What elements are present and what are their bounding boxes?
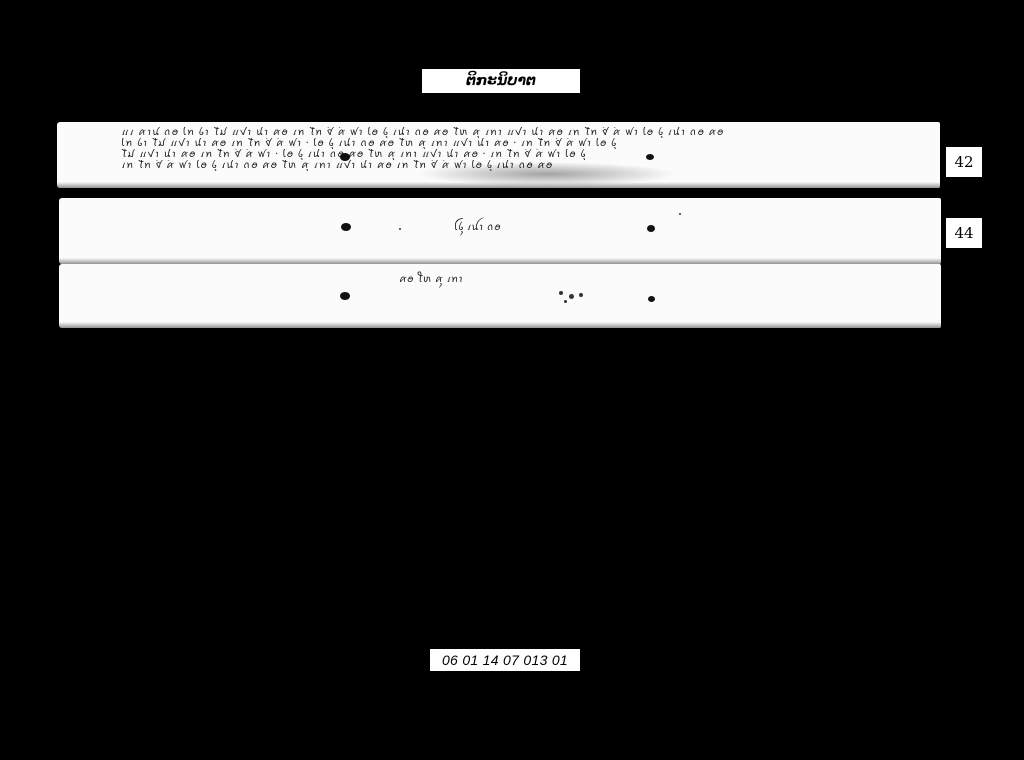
speck xyxy=(564,300,567,303)
string-hole-left xyxy=(340,153,350,161)
palm-leaf-3: ꪁꪮ ꪻꪬ ꪁꪴ ꪹꪀꪱ xyxy=(59,264,941,328)
palm-leaf-2: ꪶꪉꪴ ꪹꪊꪱ ꪒꪮ xyxy=(59,198,941,264)
string-hole-right xyxy=(648,296,655,302)
speck xyxy=(579,293,583,297)
leaf-edge-shadow xyxy=(57,182,940,188)
catalog-number-label: 06 01 14 07 013 01 xyxy=(430,649,580,671)
page-number-label: 44 xyxy=(946,218,982,248)
page-number: 44 xyxy=(954,224,973,242)
leaf-edge-shadow xyxy=(59,322,941,328)
page-number-label: 42 xyxy=(946,147,982,177)
string-hole-left xyxy=(340,292,350,300)
catalog-number: 06 01 14 07 013 01 xyxy=(442,652,568,668)
leaf-title-text: ꪁꪮ ꪻꪬ ꪁꪴ ꪹꪀꪱ xyxy=(399,269,463,290)
text-line-1: ꪵꪹ ꪁꪱꪙ ꪒꪮ ꪶꪀ ꪉꪱ ꪻꪣ ꪵꪜꪱ ꪊꪱ ꪁꪮ ꪹꪀ ꪻꪀ ꪥꪷ ꪁꪷ… xyxy=(121,127,933,138)
page-number: 42 xyxy=(954,153,973,171)
speck xyxy=(679,213,681,215)
speck xyxy=(569,294,574,299)
string-hole-left xyxy=(341,223,351,231)
string-hole-right xyxy=(647,225,655,232)
manuscript-title: ຕິກະນິບາຕ xyxy=(466,73,536,89)
string-hole-right xyxy=(646,154,654,160)
palm-leaf-1: ꪵꪹ ꪁꪱꪙ ꪒꪮ ꪶꪀ ꪉꪱ ꪻꪣ ꪵꪜꪱ ꪊꪱ ꪁꪮ ꪹꪀ ꪻꪀ ꪥꪷ ꪁꪷ… xyxy=(57,122,940,188)
speck xyxy=(559,291,563,295)
manuscript-title-label: ຕິກະນິບາຕ xyxy=(422,69,580,93)
text-line-3: ꪻꪣ ꪵꪜꪱ ꪊꪱ ꪁꪮ ꪹꪀ ꪻꪀ ꪥꪷ ꪁꪷ ꪝꪱ · ꪶꪮ ꪉꪴ ꪹꪊꪱ … xyxy=(121,149,933,160)
text-line-2: ꪶꪀ ꪉꪱ ꪻꪣ ꪵꪜꪱ ꪊꪱ ꪁꪮ ꪹꪀ ꪻꪀ ꪥꪷ ꪁꪷ ꪝꪱ · ꪶꪮ ꪉ… xyxy=(121,138,933,149)
leaf-title-text: ꪶꪉꪴ ꪹꪊꪱ ꪒꪮ xyxy=(454,217,501,238)
text-line-4: ꪹꪀ ꪻꪀ ꪥꪷ ꪁꪷ ꪝꪱ ꪶꪮ ꪉꪴ ꪹꪊꪱ ꪒꪮ ꪁꪮ ꪻꪬ ꪁꪴ ꪹꪀꪱ… xyxy=(121,160,933,171)
speck xyxy=(399,228,401,230)
